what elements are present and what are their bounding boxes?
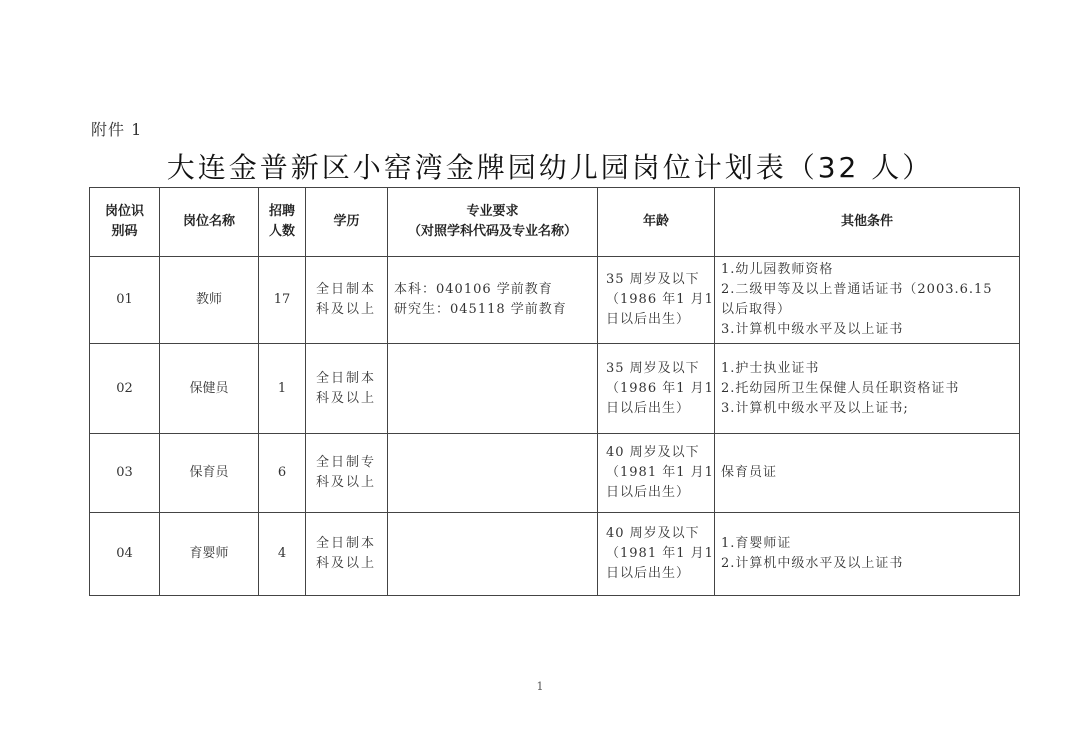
table-row: 03 保育员 6 全日制专 科及以上 40 周岁及以下 （1981 年1 月1 … [90, 434, 1020, 513]
cell-position: 教师 [160, 257, 259, 344]
header-age: 年龄 [598, 188, 715, 257]
page-number: 1 [0, 680, 1080, 693]
cell-education: 全日制本 科及以上 [306, 344, 388, 434]
cell-age: 40 周岁及以下 （1981 年1 月1 日以后出生） [598, 434, 715, 513]
table-row: 04 育婴师 4 全日制本 科及以上 40 周岁及以下 （1981 年1 月1 … [90, 513, 1020, 596]
header-count: 招聘 人数 [259, 188, 306, 257]
cell-position: 保育员 [160, 434, 259, 513]
cell-code: 04 [90, 513, 160, 596]
cell-position: 保健员 [160, 344, 259, 434]
attachment-label: 附件 1 [91, 117, 142, 140]
cell-major [388, 434, 598, 513]
cell-age: 35 周岁及以下 （1986 年1 月1 日以后出生） [598, 344, 715, 434]
cell-count: 4 [259, 513, 306, 596]
cell-count: 6 [259, 434, 306, 513]
header-other: 其他条件 [715, 188, 1020, 257]
cell-education: 全日制专 科及以上 [306, 434, 388, 513]
cell-education: 全日制本 科及以上 [306, 513, 388, 596]
header-education: 学历 [306, 188, 388, 257]
cell-age: 40 周岁及以下 （1981 年1 月1 日以后出生） [598, 513, 715, 596]
cell-code: 01 [90, 257, 160, 344]
header-major: 专业要求 （对照学科代码及专业名称） [388, 188, 598, 257]
cell-other: 保育员证 [715, 434, 1020, 513]
cell-other: 1.幼儿园教师资格 2.二级甲等及以上普通话证书（2003.6.15 以后取得）… [715, 257, 1020, 344]
cell-age: 35 周岁及以下 （1986 年1 月1 日以后出生） [598, 257, 715, 344]
cell-code: 02 [90, 344, 160, 434]
header-position: 岗位名称 [160, 188, 259, 257]
document-title: 大连金普新区小窑湾金牌园幼儿园岗位计划表（32 人） [0, 146, 1080, 186]
cell-position: 育婴师 [160, 513, 259, 596]
position-plan-table: 岗位识 别码 岗位名称 招聘 人数 学历 专业要求 （对照学科代码及专业名称） … [89, 187, 1020, 596]
cell-major [388, 513, 598, 596]
table-row: 01 教师 17 全日制本 科及以上 本科：040106 学前教育 研究生：04… [90, 257, 1020, 344]
cell-count: 17 [259, 257, 306, 344]
cell-education: 全日制本 科及以上 [306, 257, 388, 344]
cell-code: 03 [90, 434, 160, 513]
cell-major [388, 344, 598, 434]
table-row: 02 保健员 1 全日制本 科及以上 35 周岁及以下 （1986 年1 月1 … [90, 344, 1020, 434]
cell-major: 本科：040106 学前教育 研究生：045118 学前教育 [388, 257, 598, 344]
table-header-row: 岗位识 别码 岗位名称 招聘 人数 学历 专业要求 （对照学科代码及专业名称） … [90, 188, 1020, 257]
cell-count: 1 [259, 344, 306, 434]
cell-other: 1.护士执业证书 2.托幼园所卫生保健人员任职资格证书 3.计算机中级水平及以上… [715, 344, 1020, 434]
header-code: 岗位识 别码 [90, 188, 160, 257]
cell-other: 1.育婴师证 2.计算机中级水平及以上证书 [715, 513, 1020, 596]
